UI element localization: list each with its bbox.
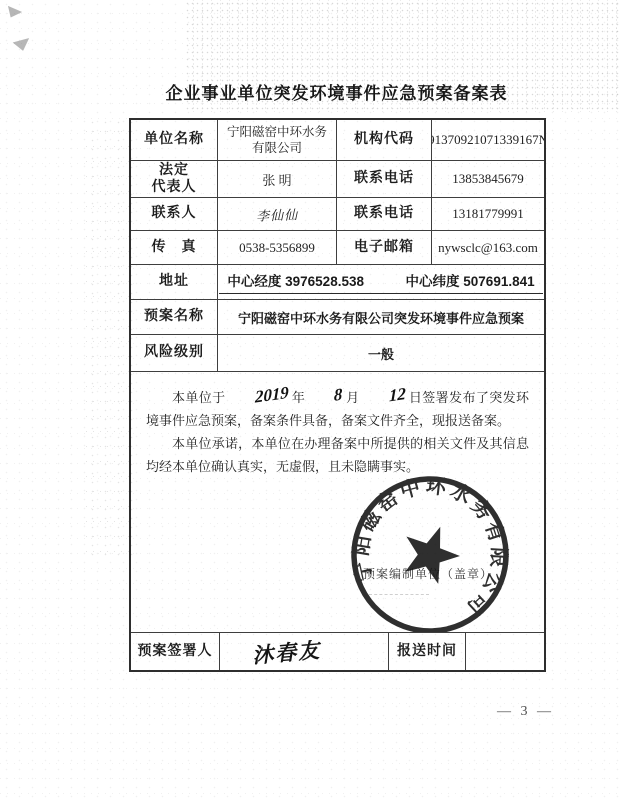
- address-value: 中心经度 3976528.538 中心纬度 507691.841: [218, 265, 544, 300]
- latitude-label: 中心纬度: [406, 274, 460, 289]
- filing-form-table: 单位名称 宁阳磁窑中环水务有限公司 机构代码 91370921071339167…: [129, 118, 546, 672]
- form-table-main: 单位名称 宁阳磁窑中环水务有限公司 机构代码 91370921071339167…: [131, 120, 544, 633]
- fax-label: 传 真: [131, 231, 218, 265]
- longitude-value: 3976528.538: [285, 274, 364, 289]
- legal-rep-value: 张 明: [218, 161, 337, 198]
- handwritten-day: 12: [363, 382, 406, 411]
- signer-label: 预案签署人: [131, 633, 220, 670]
- document-title: 企业事业单位突发环境事件应急预案备案表: [129, 79, 544, 104]
- handwritten-month: 8: [308, 382, 342, 410]
- legal-rep-phone-value: 13853845679: [432, 161, 544, 198]
- form-table-bottom-row: 预案签署人 沐春友 报送时间: [131, 633, 544, 670]
- legal-rep-phone-label: 联系电话: [337, 161, 432, 198]
- contact-label: 联系人: [131, 198, 218, 231]
- scanned-document-page: 企业事业单位突发环境事件应急预案备案表 单位名称 宁阳磁窑中环水务有限公司 机构…: [0, 0, 620, 800]
- address-coordinates: 中心经度 3976528.538 中心纬度 507691.841: [219, 270, 542, 294]
- email-value: nywsclc@163.com: [432, 231, 544, 265]
- risk-level-label: 风险级别: [131, 335, 218, 372]
- legal-rep-label-line2: 代表人: [152, 179, 197, 197]
- scan-noise-left-band: [86, 118, 134, 558]
- seal-star-icon: [395, 517, 467, 588]
- fax-value: 0538-5356899: [218, 231, 337, 265]
- declaration-cell: 本单位于2019年8月12日签署发布了突发环境事件应急预案，备案条件具备，备案文…: [131, 372, 544, 633]
- signer-signature: 沐春友: [220, 633, 389, 670]
- email-label: 电子邮箱: [337, 231, 432, 265]
- contact-phone-label: 联系电话: [337, 198, 432, 231]
- scan-artifact-mark: [12, 38, 30, 52]
- plan-name-label: 预案名称: [131, 300, 218, 335]
- legal-rep-label-line1: 法定: [159, 162, 189, 180]
- contact-handwritten-name: 李仙仙: [256, 204, 299, 224]
- unit-name-value: 宁阳磁窑中环水务有限公司: [218, 120, 337, 161]
- submit-time-value: [466, 633, 544, 670]
- contact-phone-value: 13181779991: [432, 198, 544, 231]
- org-code-value: 91370921071339167N: [432, 120, 544, 161]
- submit-time-label: 报送时间: [389, 633, 466, 670]
- address-label: 地址: [131, 265, 218, 300]
- contact-value: 李仙仙: [218, 198, 337, 231]
- risk-level-value: 一般: [218, 335, 544, 372]
- longitude-label: 中心经度: [227, 274, 281, 289]
- latitude-value: 507691.841: [463, 274, 534, 289]
- decl-year-unit: 年: [292, 390, 306, 405]
- unit-name-label: 单位名称: [131, 120, 218, 161]
- legal-rep-label: 法定 代表人: [131, 161, 218, 198]
- org-code-label: 机构代码: [337, 120, 432, 161]
- handwritten-year: 2019: [229, 381, 288, 413]
- plan-name-value: 宁阳磁窑中环水务有限公司突发环境事件应急预案: [218, 300, 544, 335]
- decl-month-unit: 月: [346, 390, 360, 405]
- declaration-paragraph-1: 本单位于2019年8月12日签署发布了突发环境事件应急预案，备案条件具备，备案文…: [146, 385, 529, 432]
- scan-artifact-mark: [6, 6, 23, 19]
- page-number: — 3 —: [497, 704, 554, 720]
- decl-p1-prefix: 本单位于: [172, 390, 226, 405]
- handwritten-signature: 沐春友: [251, 634, 322, 670]
